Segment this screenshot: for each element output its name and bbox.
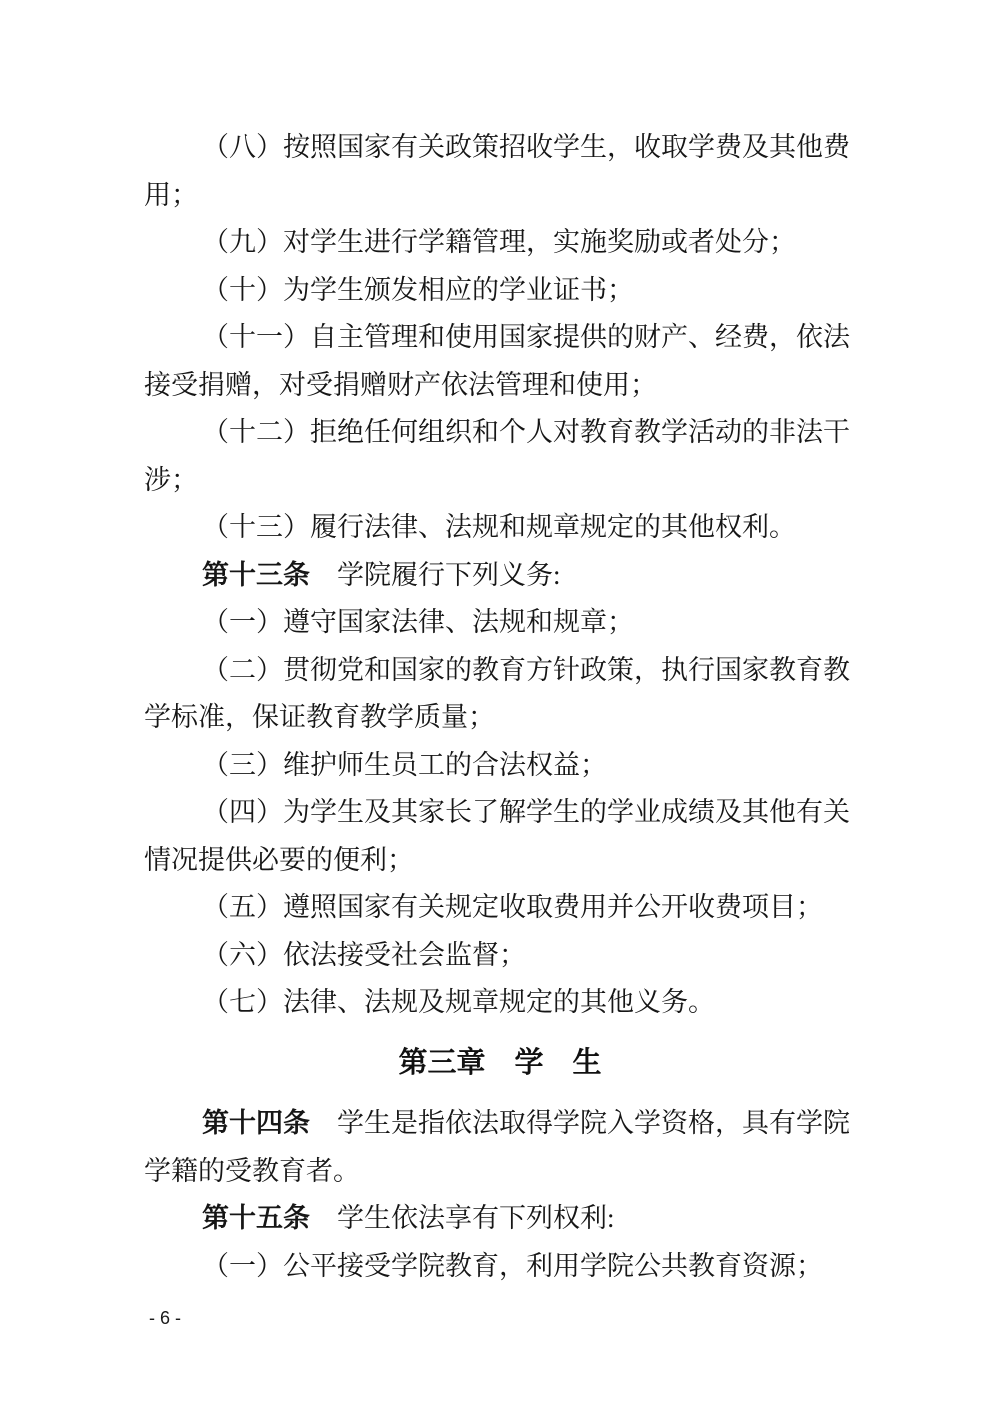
document-body: （八）按照国家有关政策招收学生，收取学费及其他费用； （九）对学生进行学籍管理，… xyxy=(144,124,856,1290)
clause-12: （十二）拒绝任何组织和个人对教育教学活动的非法干涉； xyxy=(144,409,856,504)
clause-1: （一）遵守国家法律、法规和规章； xyxy=(144,599,856,647)
clause-text: （六）依法接受社会监督； xyxy=(202,940,526,970)
clause-text: （十一）自主管理和使用国家提供的财产、经费，依法接受捐赠，对受捐赠财产依法管理和… xyxy=(144,322,850,400)
clause-text: （一）遵守国家法律、法规和规章； xyxy=(202,607,634,637)
clause-1-rights: （一）公平接受学院教育，利用学院公共教育资源； xyxy=(144,1243,856,1291)
clause-13: （十三）履行法律、法规和规章规定的其他权利。 xyxy=(144,504,856,552)
chapter-heading: 第三章 学 生 xyxy=(144,1040,856,1088)
article-number: 第十五条 xyxy=(202,1203,310,1233)
clause-text: （九）对学生进行学籍管理，实施奖励或者处分； xyxy=(202,227,796,257)
clause-7: （七）法律、法规及规章规定的其他义务。 xyxy=(144,979,856,1027)
article-number: 第十四条 xyxy=(202,1108,310,1138)
clause-10: （十）为学生颁发相应的学业证书； xyxy=(144,267,856,315)
clause-8: （八）按照国家有关政策招收学生，收取学费及其他费用； xyxy=(144,124,856,219)
clause-3: （三）维护师生员工的合法权益； xyxy=(144,742,856,790)
article-text: 学生依法享有下列权利: xyxy=(310,1203,615,1233)
clause-2: （二）贯彻党和国家的教育方针政策，执行国家教育教学标准，保证教育教学质量； xyxy=(144,647,856,742)
article-14: 第十四条 学生是指依法取得学院入学资格，具有学院学籍的受教育者。 xyxy=(144,1100,856,1195)
article-15: 第十五条 学生依法享有下列权利: xyxy=(144,1195,856,1243)
clause-4: （四）为学生及其家长了解学生的学业成绩及其他有关情况提供必要的便利； xyxy=(144,789,856,884)
clause-text: （五）遵照国家有关规定收取费用并公开收费项目； xyxy=(202,892,823,922)
document-page: （八）按照国家有关政策招收学生，收取学费及其他费用； （九）对学生进行学籍管理，… xyxy=(0,0,1000,1414)
clause-text: （十）为学生颁发相应的学业证书； xyxy=(202,275,634,305)
page-number: - 6 - xyxy=(149,1306,181,1330)
clause-text: （七）法律、法规及规章规定的其他义务。 xyxy=(202,987,715,1017)
article-text: 学院履行下列义务: xyxy=(310,560,561,590)
clause-6: （六）依法接受社会监督； xyxy=(144,932,856,980)
clause-text: （三）维护师生员工的合法权益； xyxy=(202,750,607,780)
clause-text: （八）按照国家有关政策招收学生，收取学费及其他费用； xyxy=(144,132,850,210)
clause-text: （一）公平接受学院教育，利用学院公共教育资源； xyxy=(202,1251,823,1281)
clause-9: （九）对学生进行学籍管理，实施奖励或者处分； xyxy=(144,219,856,267)
clause-5: （五）遵照国家有关规定收取费用并公开收费项目； xyxy=(144,884,856,932)
clause-text: （十三）履行法律、法规和规章规定的其他权利。 xyxy=(202,512,796,542)
clause-text: （二）贯彻党和国家的教育方针政策，执行国家教育教学标准，保证教育教学质量； xyxy=(144,655,850,733)
clause-11: （十一）自主管理和使用国家提供的财产、经费，依法接受捐赠，对受捐赠财产依法管理和… xyxy=(144,314,856,409)
clause-text: （四）为学生及其家长了解学生的学业成绩及其他有关情况提供必要的便利； xyxy=(144,797,850,875)
clause-text: （十二）拒绝任何组织和个人对教育教学活动的非法干涉； xyxy=(144,417,850,495)
article-13: 第十三条 学院履行下列义务: xyxy=(144,552,856,600)
article-number: 第十三条 xyxy=(202,560,310,590)
